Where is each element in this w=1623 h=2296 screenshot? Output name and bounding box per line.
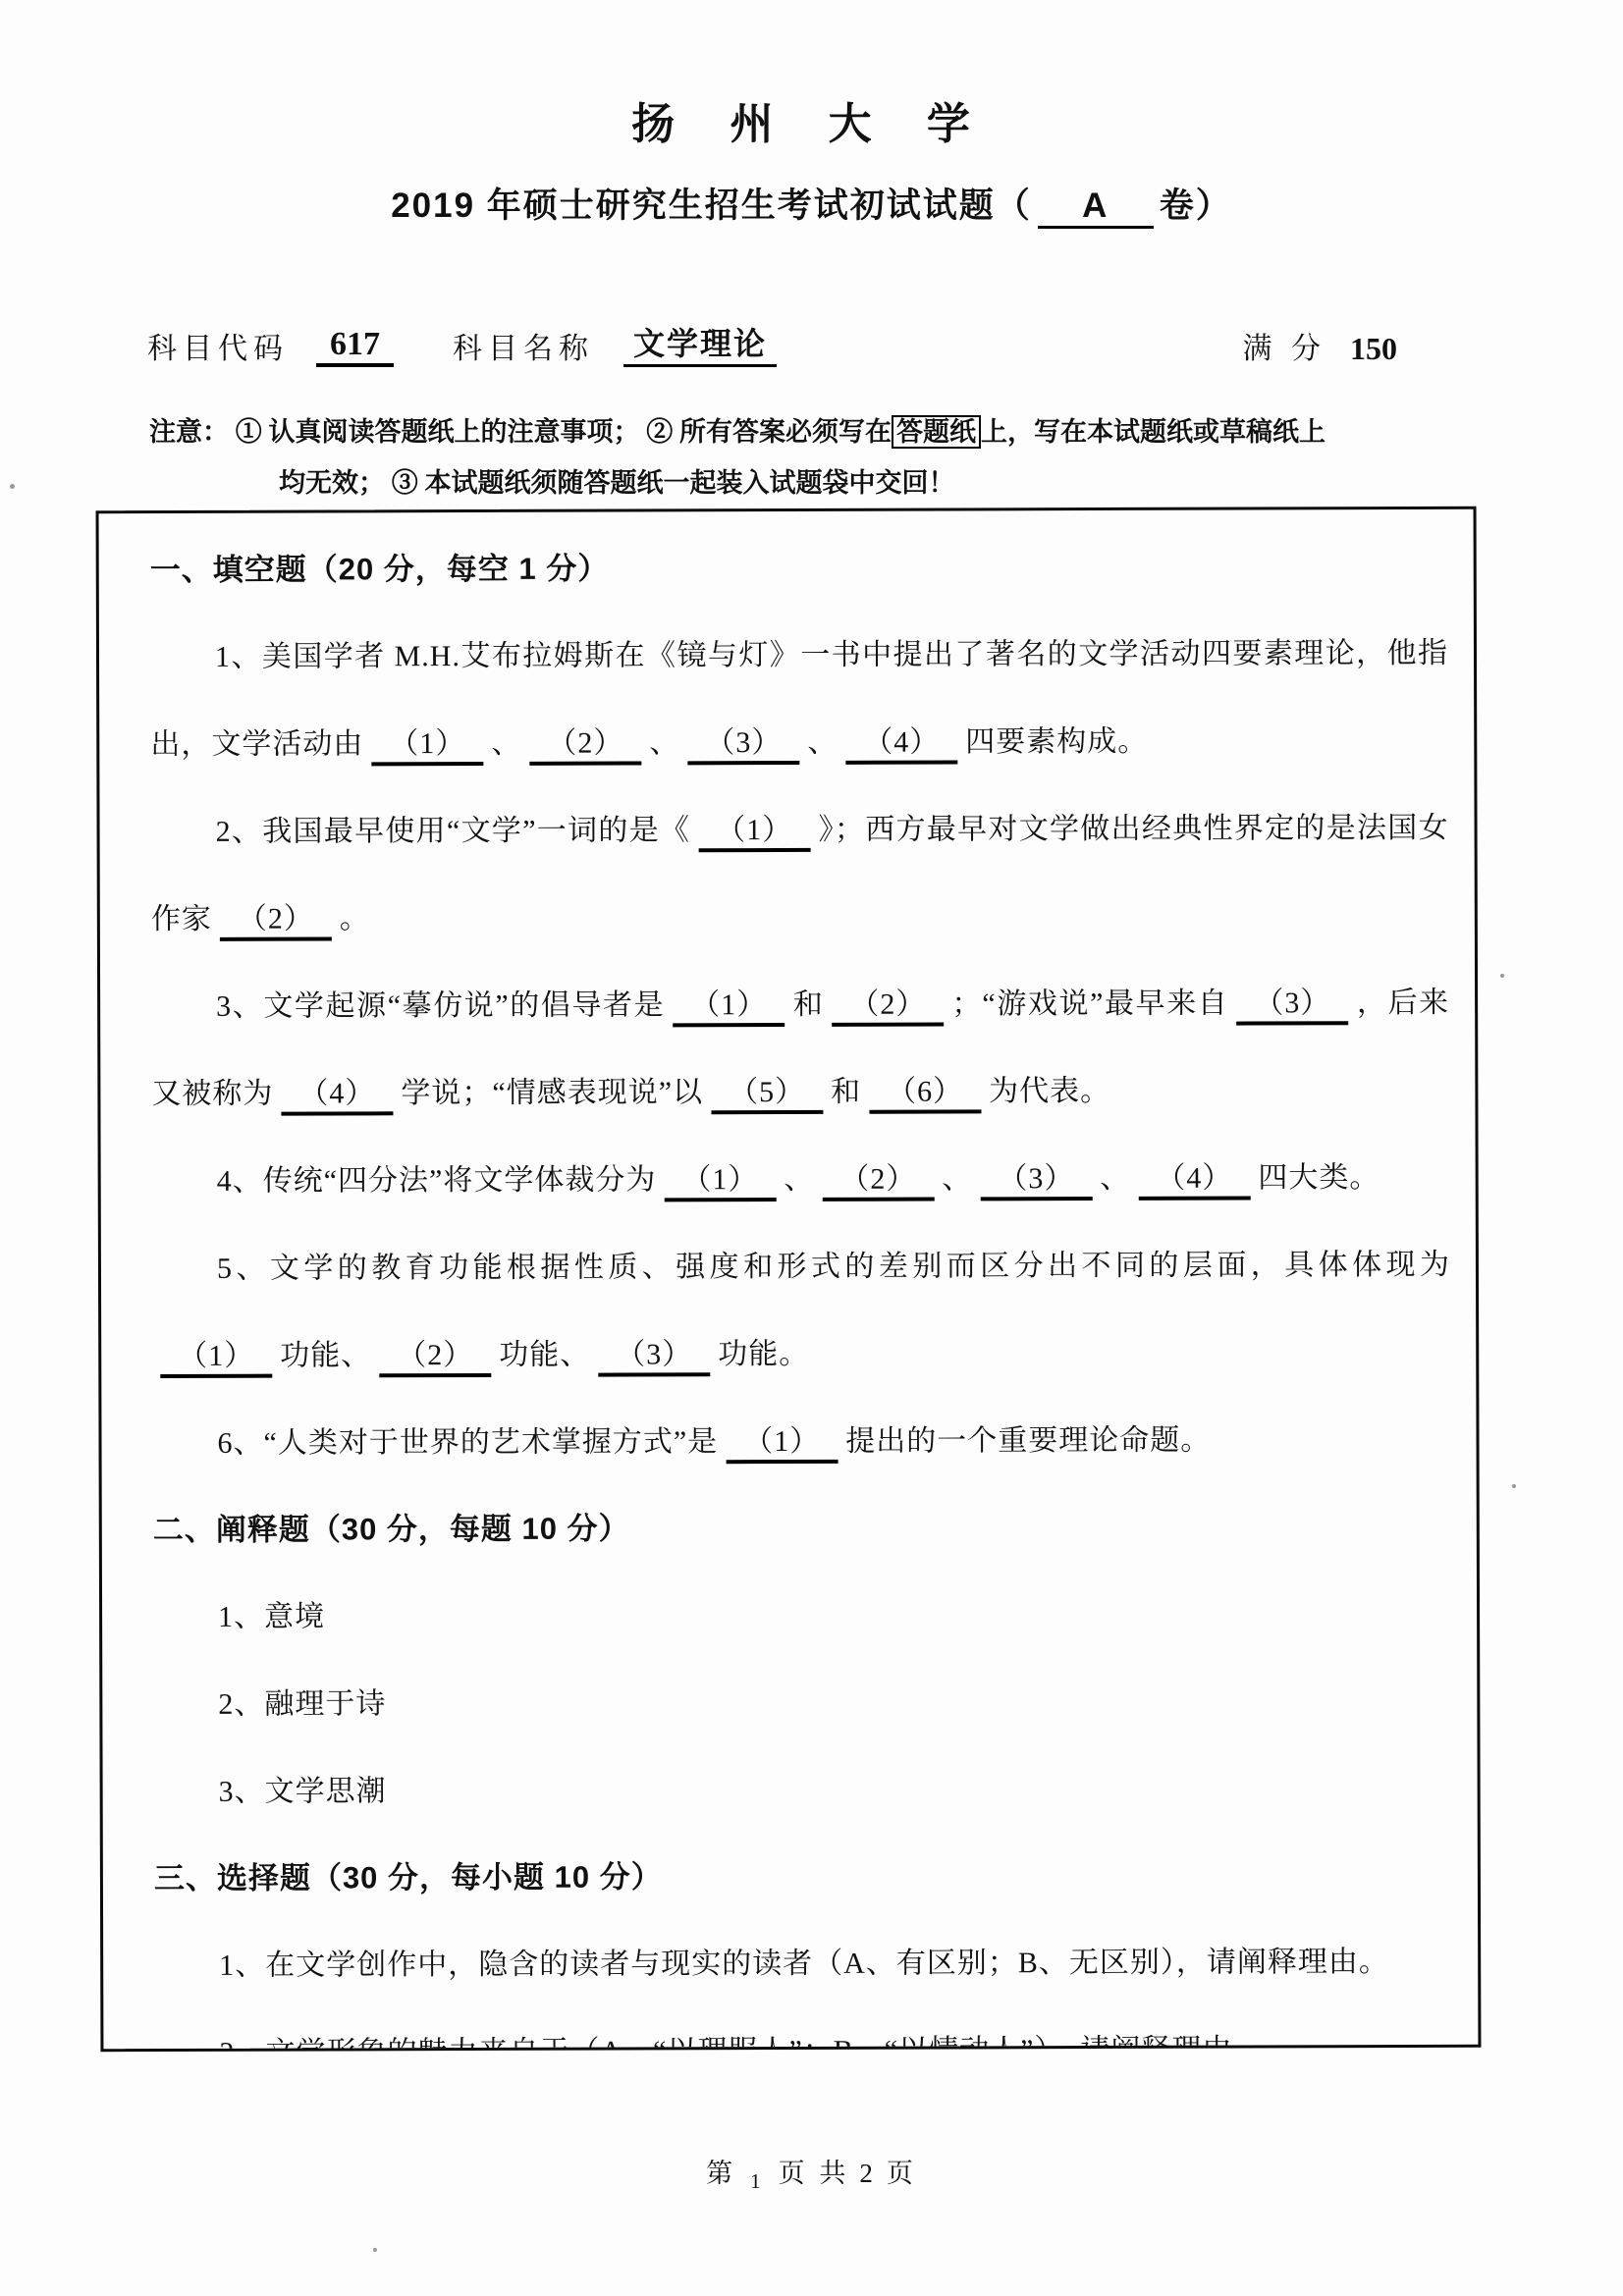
question-text: 功能、 (280, 1339, 371, 1371)
question: 4、传统“四分法”将文学体裁分为（1）、（2）、（3）、（4）四大类。 (152, 1134, 1450, 1225)
question-text: 1、意境 (218, 1600, 325, 1632)
question: 2、我国最早使用“文学”一词的是《（1）》；西方最早对文学做出经典性界定的是法国… (150, 784, 1449, 963)
question-text: 2、文学形象的魅力来自于（A、“以理服人”；B、“以情动人”），请阐释理由。 (219, 2033, 1263, 2052)
question-text: 1、在文学创作中，隐含的读者与现实的读者（A、有区别；B、无区别），请阐释理由。 (219, 1946, 1389, 1982)
question: 2、文学形象的魅力来自于（A、“以理服人”；B、“以情动人”），请阐释理由。 (154, 2005, 1452, 2052)
question-text: 5、文学的教育功能根据性质、强度和形式的差别而区分出不同的层面，具体体现为 (217, 1249, 1450, 1285)
section-heading: 一、填空题（20 分，每空 1 分） (150, 523, 1448, 614)
exam-title-prefix: 2019 年硕士研究生招生考试初试试题（ (391, 187, 1032, 225)
subject-code-label: 科目代码 (147, 324, 289, 367)
fill-in-blank: （3） (598, 1338, 710, 1376)
question: 3、文学思潮 (153, 1744, 1451, 1836)
notice-line1-part2: 上，写在本试题纸或草稿纸上 (981, 417, 1325, 447)
section-heading: 二、阐释题（30 分，每题 10 分） (153, 1483, 1451, 1574)
question-text: ；“游戏说”最早来自 (951, 988, 1228, 1021)
question: 3、文学起源“摹仿说”的倡导者是（1）和（2）；“游戏说”最早来自（3），后来又… (151, 959, 1450, 1138)
scan-speck (373, 2248, 377, 2252)
question-text: 和 (831, 1076, 861, 1108)
fill-in-blank: （4） (1138, 1162, 1250, 1201)
notice-line1-part1: ① 认真阅读答题纸上的注意事项； ② 所有答案必须写在 (236, 417, 892, 447)
question-text: 功能。 (718, 1338, 809, 1370)
fill-in-blank: （2） (529, 726, 641, 765)
current-page-number: 1 (736, 2169, 779, 2193)
question-text: 和 (792, 988, 824, 1021)
scan-speck (1500, 974, 1504, 978)
paper-variant-blank: A (1038, 187, 1154, 229)
question-text: 、 (807, 726, 838, 759)
notice-boxed-term: 答题纸 (892, 415, 981, 449)
subject-code-value: 617 (316, 326, 394, 367)
fill-in-blank: （1） (673, 988, 784, 1027)
question: 1、意境 (153, 1570, 1451, 1661)
fill-in-blank: （2） (220, 902, 332, 940)
fill-in-blank: （4） (281, 1077, 393, 1115)
exam-title-suffix: 卷） (1160, 187, 1232, 225)
question-text: 3、文学起源“摹仿说”的倡导者是 (216, 988, 665, 1022)
question: 5、文学的教育功能根据性质、强度和形式的差别而区分出不同的层面，具体体现为（1）… (152, 1221, 1451, 1400)
fill-in-blank: （5） (711, 1076, 823, 1114)
question-text: 四大类。 (1258, 1161, 1380, 1194)
question-text: 。 (340, 902, 370, 934)
notice-label: 注意： (149, 417, 229, 447)
exam-title: 2019 年硕士研究生招生考试初试试题（A卷） (0, 179, 1623, 229)
question-text: 2、我国最早使用“文学”一词的是《 (216, 814, 691, 848)
scan-speck (1512, 1484, 1516, 1488)
question-text: 4、传统“四分法”将文学体裁分为 (217, 1163, 657, 1197)
question: 1、美国学者 M.H.艾布拉姆斯在《镜与灯》一书中提出了著名的文学活动四要素理论… (150, 610, 1449, 788)
subject-name-value: 文学理论 (623, 319, 777, 367)
question-text: 为代表。 (989, 1075, 1110, 1107)
fill-in-blank: （6） (869, 1075, 981, 1113)
question-text: 学说；“情感表现说”以 (401, 1076, 703, 1109)
question-text: 、 (784, 1163, 814, 1196)
exam-paper-page: 扬 州 大 学 2019 年硕士研究生招生考试初试试题（A卷） 科目代码 617… (0, 0, 1623, 2296)
question: 2、融理于诗 (153, 1657, 1451, 1748)
question-box: 一、填空题（20 分，每空 1 分）1、美国学者 M.H.艾布拉姆斯在《镜与灯》… (96, 507, 1482, 2052)
fill-in-blank: （2） (822, 1163, 934, 1201)
footer-prefix: 第 (706, 2159, 736, 2188)
question: 6、“人类对于世界的艺术掌握方式”是（1）提出的一个重要理论命题。 (152, 1396, 1450, 1487)
question-text: 2、融理于诗 (218, 1687, 386, 1721)
question-text: 四要素构成。 (965, 725, 1148, 759)
fill-in-blank: （3） (980, 1162, 1092, 1201)
question: 1、在文学创作中，隐含的读者与现实的读者（A、有区别；B、无区别），请阐释理由。 (154, 1918, 1452, 2009)
notice-block: 注意： ① 认真阅读答题纸上的注意事项； ② 所有答案必须写在答题纸上，写在本试… (149, 406, 1476, 508)
fill-in-blank: （3） (687, 726, 799, 765)
fill-in-blank: （2） (832, 988, 944, 1027)
question-text: 、 (942, 1162, 972, 1195)
question-text: 功能、 (499, 1339, 590, 1371)
fill-in-blank: （3） (1236, 987, 1348, 1025)
fill-in-blank: （1） (160, 1340, 272, 1378)
question-text: 6、“人类对于世界的艺术掌握方式”是 (217, 1425, 718, 1460)
subject-info-line: 科目代码 617 科目名称 文学理论 满 分 150 (0, 319, 1623, 367)
question-text: 、 (649, 726, 679, 759)
scan-speck (10, 484, 15, 489)
page-footer: 第1页 共2页 (0, 2152, 1623, 2194)
university-title: 扬 州 大 学 (0, 0, 1623, 151)
question-text: 提出的一个重要理论命题。 (845, 1424, 1211, 1458)
fill-in-blank: （1） (698, 814, 810, 852)
full-score-group: 满 分 150 (1243, 324, 1398, 367)
section-heading: 三、选择题（30 分，每小题 10 分） (154, 1832, 1452, 1922)
notice-line1: 注意： ① 认真阅读答题纸上的注意事项； ② 所有答案必须写在答题纸上，写在本试… (149, 406, 1476, 457)
total-pages-number: 2 (849, 2159, 887, 2188)
fill-in-blank: （1） (726, 1425, 838, 1464)
question-text: 、 (1100, 1162, 1130, 1195)
question-text: 3、文学思潮 (219, 1775, 387, 1808)
full-score-value: 150 (1350, 331, 1397, 367)
footer-middle: 页 共 (779, 2159, 850, 2188)
fill-in-blank: （1） (371, 727, 483, 766)
fill-in-blank: （2） (379, 1339, 491, 1377)
question-text: 、 (491, 727, 521, 760)
footer-suffix: 页 (887, 2159, 917, 2188)
notice-line2: 均无效； ③ 本试题纸须随答题纸一起装入试题袋中交回！ (279, 457, 1476, 508)
fill-in-blank: （4） (845, 725, 957, 764)
full-score-label: 满 分 (1243, 324, 1327, 367)
fill-in-blank: （1） (664, 1163, 776, 1201)
subject-info-left: 科目代码 617 科目名称 文学理论 (147, 319, 777, 367)
subject-name-label: 科目名称 (453, 324, 594, 367)
